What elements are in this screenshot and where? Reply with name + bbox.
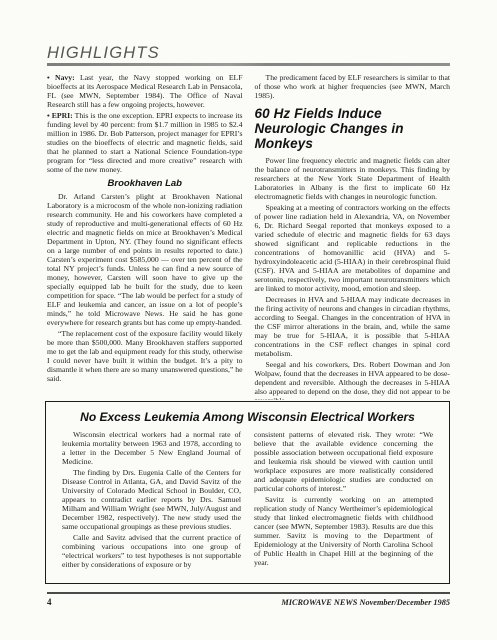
headline-60hz-monkeys: 60 Hz Fields Induce Neurologic Changes i…	[255, 106, 451, 151]
newsletter-page: HIGHLIGHTS • Navy: Last year, the Navy s…	[0, 0, 497, 640]
news-item-epri: • EPRI: This is the one exception. EPRI …	[47, 111, 243, 174]
article-columns: • Navy: Last year, the Navy stopped work…	[47, 73, 450, 400]
box-left-column: Wisconsin electrical workers had a norma…	[62, 430, 241, 571]
box-right-paragraph-2: Savitz is currently working on an attemp…	[254, 495, 433, 567]
box-left-paragraph-2: The finding by Drs. Eugenia Calle of the…	[62, 468, 241, 531]
masthead-title: HIGHLIGHTS	[47, 44, 160, 63]
footer: 4 MICROWAVE NEWS November/December 1985	[47, 597, 450, 607]
epri-bullet-text: This is the one exception. EPRI expects …	[47, 111, 243, 174]
box-left-paragraph-3: Calle and Savitz advised that the curren…	[62, 533, 241, 569]
journal-name-date: MICROWAVE NEWS November/December 1985	[281, 598, 450, 607]
left-column: • Navy: Last year, the Navy stopped work…	[47, 73, 243, 400]
monkeys-paragraph-3: Decreases in HVA and 5-HIAA may indicate…	[255, 295, 451, 358]
right-column: The predicament faced by ELF researchers…	[255, 73, 451, 400]
epri-bullet-lead: • EPRI:	[47, 111, 73, 120]
monkeys-paragraph-4: Seegal and his coworkers, Drs. Robert Do…	[255, 360, 451, 400]
elf-intro-paragraph: The predicament faced by ELF researchers…	[255, 73, 451, 100]
boxed-article-columns: Wisconsin electrical workers had a norma…	[46, 430, 449, 571]
monkeys-paragraph-1: Power line frequency electric and magnet…	[255, 156, 451, 201]
box-right-paragraph-1: consistent patterns of elevated risk. Th…	[254, 430, 433, 493]
brookhaven-paragraph-2: “The replacement cost of the exposure fa…	[47, 329, 243, 383]
navy-bullet-lead: • Navy:	[47, 73, 75, 82]
box-right-column: consistent patterns of elevated risk. Th…	[254, 430, 433, 571]
navy-bullet-text: Last year, the Navy stopped working on E…	[47, 73, 243, 109]
footer-rule	[47, 592, 450, 594]
masthead-rule	[47, 63, 450, 66]
boxed-article-leukemia: No Excess Leukemia Among Wisconsin Elect…	[45, 401, 450, 584]
page-number: 4	[47, 597, 52, 607]
boxed-article-title: No Excess Leukemia Among Wisconsin Elect…	[56, 410, 439, 424]
monkeys-paragraph-2: Speaking at a meeting of contractors wor…	[255, 203, 451, 293]
brookhaven-paragraph-1: Dr. Arland Carsten’s plight at Brookhave…	[47, 192, 243, 327]
box-left-paragraph-1: Wisconsin electrical workers had a norma…	[62, 430, 241, 466]
subhead-brookhaven-lab: Brookhaven Lab	[47, 178, 243, 189]
news-item-navy: • Navy: Last year, the Navy stopped work…	[47, 73, 243, 109]
